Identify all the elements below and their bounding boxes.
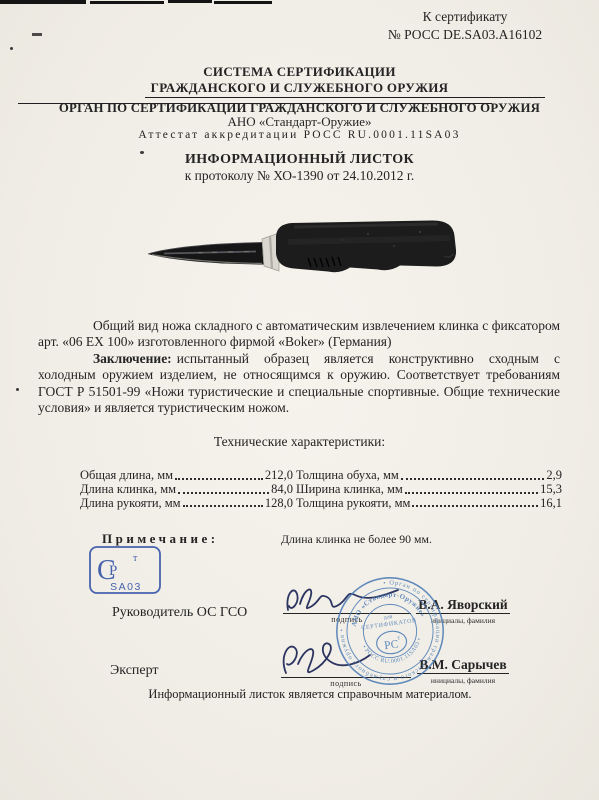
dot-leader — [401, 478, 545, 480]
cert-ref-label: К сертификату — [372, 8, 558, 26]
spec-value: 212,0 — [265, 469, 293, 483]
spec-label: Толщина обуха, мм — [296, 469, 399, 483]
scan-artifact — [214, 1, 272, 4]
dot-leader — [405, 492, 538, 494]
scan-speck — [10, 47, 13, 50]
certificate-page: К сертификату № РОСС DE.SA03.A16102 СИСТ… — [0, 0, 599, 800]
specs-title: Технические характеристики: — [0, 434, 599, 450]
system-title: СИСТЕМА СЕРТИФИКАЦИИ ГРАЖДАНСКОГО И СЛУЖ… — [0, 64, 599, 95]
document-subtitle: к протоколу № ХО-1390 от 24.10.2012 г. — [0, 168, 599, 184]
head-role-label: Руководитель ОС ГСО — [112, 605, 247, 621]
cert-ref-number: № РОСС DE.SA03.A16102 — [372, 26, 558, 44]
conclusion-label: Заключение: — [93, 351, 172, 366]
dot-leader — [178, 492, 269, 494]
knife-photo — [138, 212, 470, 304]
specs-table: Общая длина, мм212,0 Длина клинка, мм84,… — [80, 469, 562, 510]
document-title-block: ИНФОРМАЦИОННЫЙ ЛИСТОК к протоколу № ХО-1… — [0, 151, 599, 184]
round-stamp: • Орган по сертификации гражданского и с… — [332, 573, 448, 689]
knife-blade — [148, 243, 264, 265]
system-title-line1: СИСТЕМА СЕРТИФИКАЦИИ — [0, 64, 599, 80]
specs-column-right: Толщина обуха, мм2,9 Ширина клинка, мм15… — [296, 469, 562, 510]
spec-row: Длина рукояти, мм128,0 — [80, 497, 293, 511]
spec-row: Толщина обуха, мм2,9 — [296, 469, 562, 483]
pct-letter-p: Р — [109, 563, 117, 579]
overview-paragraph: Общий вид ножа складного с автоматически… — [38, 318, 560, 351]
certification-body: ОРГАН ПО СЕРТИФИКАЦИИ ГРАЖДАНСКОГО И СЛУ… — [0, 101, 599, 129]
spec-row: Ширина клинка, мм15,3 — [296, 483, 562, 497]
dot-leader — [175, 478, 263, 480]
certification-body-name: ОРГАН ПО СЕРТИФИКАЦИИ ГРАЖДАНСКОГО И СЛУ… — [0, 101, 599, 115]
spec-value: 15,3 — [540, 483, 562, 497]
scan-artifact — [32, 33, 42, 36]
scan-artifact — [168, 0, 212, 3]
spec-label: Общая длина, мм — [80, 469, 173, 483]
spec-row: Общая длина, мм212,0 — [80, 469, 293, 483]
scan-artifact — [0, 0, 86, 4]
document-title: ИНФОРМАЦИОННЫЙ ЛИСТОК — [0, 151, 599, 168]
spec-row: Толщина рукояти, мм16,1 — [296, 497, 562, 511]
spec-row: Длина клинка, мм84,0 — [80, 483, 293, 497]
divider-line-upper — [145, 97, 545, 98]
description-block: Общий вид ножа складного с автоматически… — [38, 318, 560, 416]
dot-leader — [412, 505, 538, 507]
conclusion-paragraph: Заключение:испытанный образец является к… — [38, 351, 560, 417]
footer-note: Информационный листок является справочны… — [40, 687, 580, 702]
accreditation-line: Аттестат аккредитации РОСС RU.0001.11SA0… — [0, 129, 599, 141]
spec-label: Ширина клинка, мм — [296, 483, 403, 497]
certification-body-org: АНО «Стандарт-Оружие» — [0, 115, 599, 129]
spec-value: 128,0 — [265, 497, 293, 511]
system-title-line2: ГРАЖДАНСКОГО И СЛУЖЕБНОГО ОРУЖИЯ — [0, 80, 599, 96]
specs-column-left: Общая длина, мм212,0 Длина клинка, мм84,… — [80, 469, 293, 510]
stamp-center-line1: для — [383, 614, 393, 621]
knife-handle — [276, 220, 456, 272]
pct-certification-mark-icon: С Р т SA03 — [88, 545, 164, 597]
dot-leader — [183, 505, 263, 507]
spec-value: 2,9 — [546, 469, 562, 483]
spec-value: 16,1 — [540, 497, 562, 511]
scan-artifact — [90, 1, 164, 4]
cert-reference: К сертификату № РОСС DE.SA03.A16102 — [372, 8, 558, 44]
scan-speck — [16, 388, 19, 391]
spec-value: 84,0 — [271, 483, 293, 497]
spec-label: Длина рукояти, мм — [80, 497, 181, 511]
spec-label: Толщина рукояти, мм — [296, 497, 410, 511]
expert-role-label: Эксперт — [110, 663, 159, 679]
note-text: Длина клинка не более 90 мм. — [281, 532, 432, 547]
spec-label: Длина клинка, мм — [80, 483, 176, 497]
pct-letter-t: т — [133, 553, 138, 564]
stamp-logo-t: т — [397, 634, 401, 641]
pct-code: SA03 — [110, 581, 142, 593]
